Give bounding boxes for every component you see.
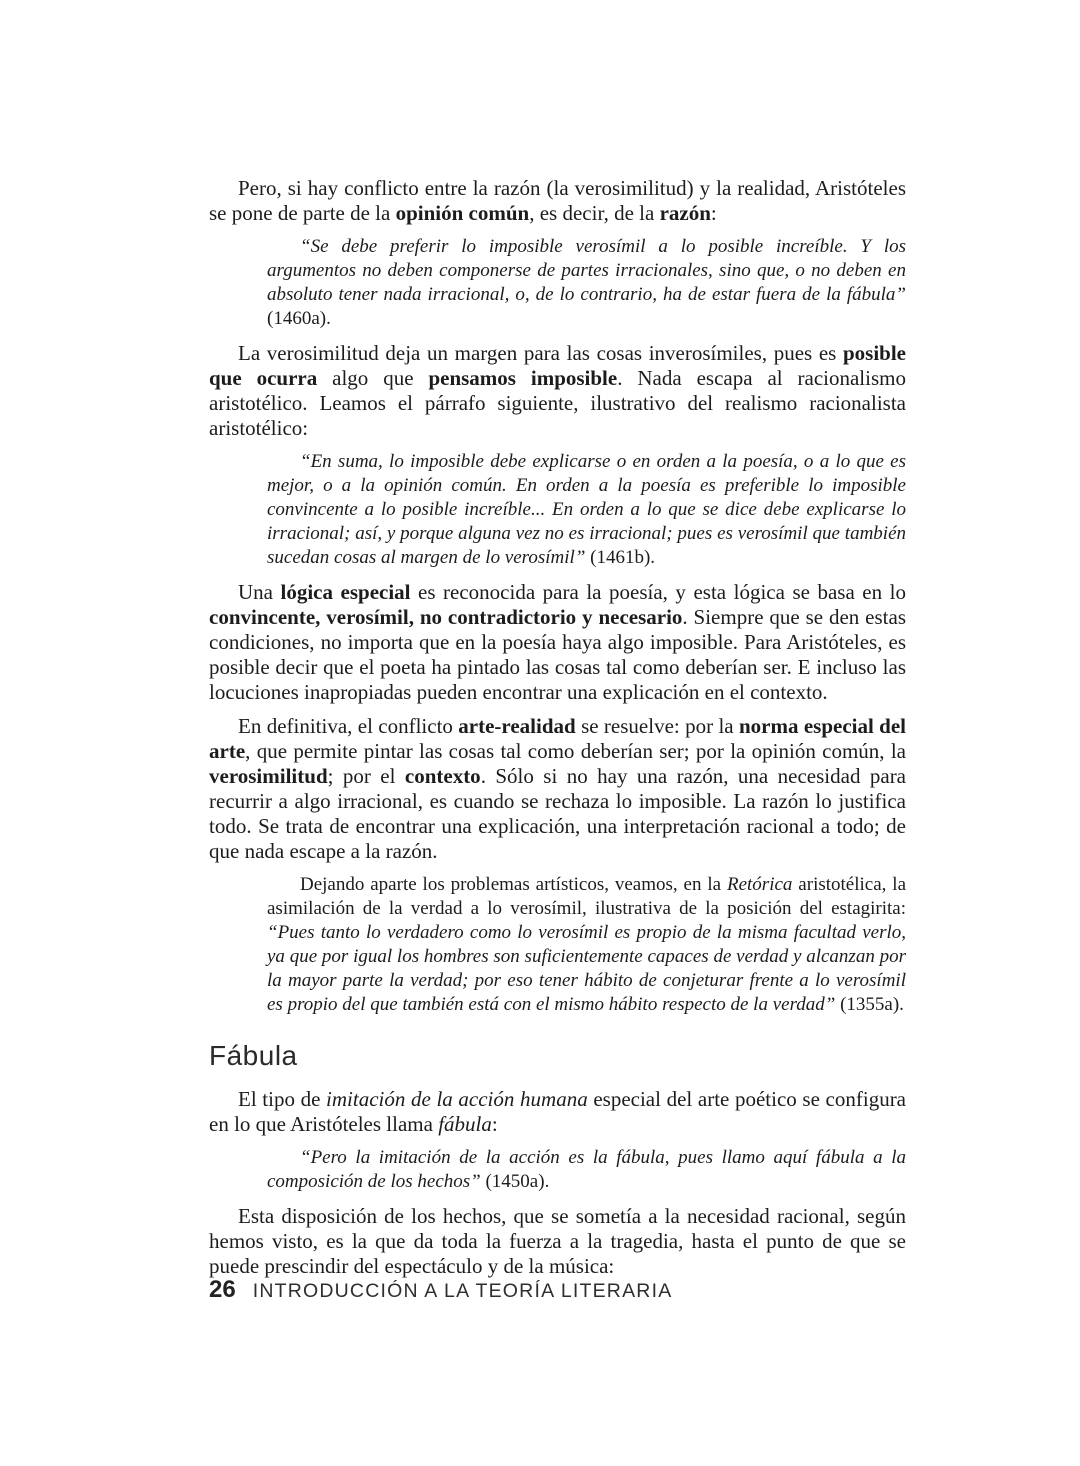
text-segment: (1450a). [481, 1171, 550, 1192]
text-segment: Esta disposición de los hechos, que se s… [209, 1204, 906, 1278]
book-title: INTRODUCCIÓN A LA TEORÍA LITERARIA [253, 1280, 673, 1303]
text-segment: Dejando aparte los problemas artísticos,… [300, 874, 727, 895]
text-segment: arte-realidad [458, 714, 575, 738]
text-segment: El tipo de [238, 1087, 326, 1111]
page-footer: 26 INTRODUCCIÓN A LA TEORÍA LITERARIA [209, 1276, 672, 1304]
quote-retorica-1355a: Dejando aparte los problemas artísticos,… [209, 873, 906, 1017]
text-segment: Una [238, 580, 281, 604]
text-segment: ; por el [328, 764, 405, 788]
text-segment: convincente, verosímil, no contradictori… [209, 605, 682, 629]
book-page: Pero, si hay conflicto entre la razón (l… [0, 0, 1080, 1466]
quote-1461b: “En suma, lo imposible debe explicarse o… [209, 450, 906, 570]
text-segment: pensamos imposible [428, 366, 617, 390]
text-segment: “Se debe preferir lo imposible verosímil… [267, 236, 906, 305]
text-segment: : [711, 201, 717, 225]
text-segment: “Pues tanto lo verdadero como lo verosím… [267, 922, 906, 1015]
text-segment: razón [660, 201, 711, 225]
text-segment: (1355a). [835, 994, 904, 1015]
page-text-column: Pero, si hay conflicto entre la razón (l… [209, 176, 906, 1288]
text-segment: Retórica [727, 874, 792, 895]
paragraph-tipo-imitacion: El tipo de imitación de la acción humana… [209, 1087, 906, 1137]
text-segment: verosimilitud [209, 764, 328, 788]
quote-1450a: “Pero la imitación de la acción es la fá… [209, 1146, 906, 1194]
text-segment: imitación de la acción humana [326, 1087, 588, 1111]
text-segment: opinión común [396, 201, 530, 225]
text-segment: se resuelve: por la [576, 714, 739, 738]
text-segment: , es decir, de la [529, 201, 659, 225]
section-heading-fabula: Fábula [209, 1041, 906, 1071]
text-segment: (1460a). [267, 308, 331, 329]
paragraph-arte-realidad: En definitiva, el conflicto arte-realida… [209, 714, 906, 864]
text-segment: En definitiva, el conflicto [238, 714, 458, 738]
text-segment: : [492, 1112, 498, 1136]
text-segment: fábula [438, 1112, 492, 1136]
text-segment: La verosimilitud deja un margen para las… [238, 341, 843, 365]
paragraph-logica-especial: Una lógica especial es reconocida para l… [209, 580, 906, 705]
quote-1460a: “Se debe preferir lo imposible verosímil… [209, 235, 906, 331]
paragraph-conflicto-razon: Pero, si hay conflicto entre la razón (l… [209, 176, 906, 226]
text-segment: lógica especial [281, 580, 411, 604]
text-segment: contexto [405, 764, 481, 788]
text-segment: es reconocida para la poesía, y esta lóg… [411, 580, 906, 604]
text-segment: , que permite pintar las cosas tal como … [245, 739, 906, 763]
text-segment: (1461b). [585, 547, 655, 568]
paragraph-disposicion-hechos: Esta disposición de los hechos, que se s… [209, 1204, 906, 1279]
paragraph-verosimilitud-margen: La verosimilitud deja un margen para las… [209, 341, 906, 441]
page-number: 26 [209, 1276, 236, 1304]
text-segment: “Pero la imitación de la acción es la fá… [267, 1147, 906, 1192]
text-segment: algo que [317, 366, 428, 390]
